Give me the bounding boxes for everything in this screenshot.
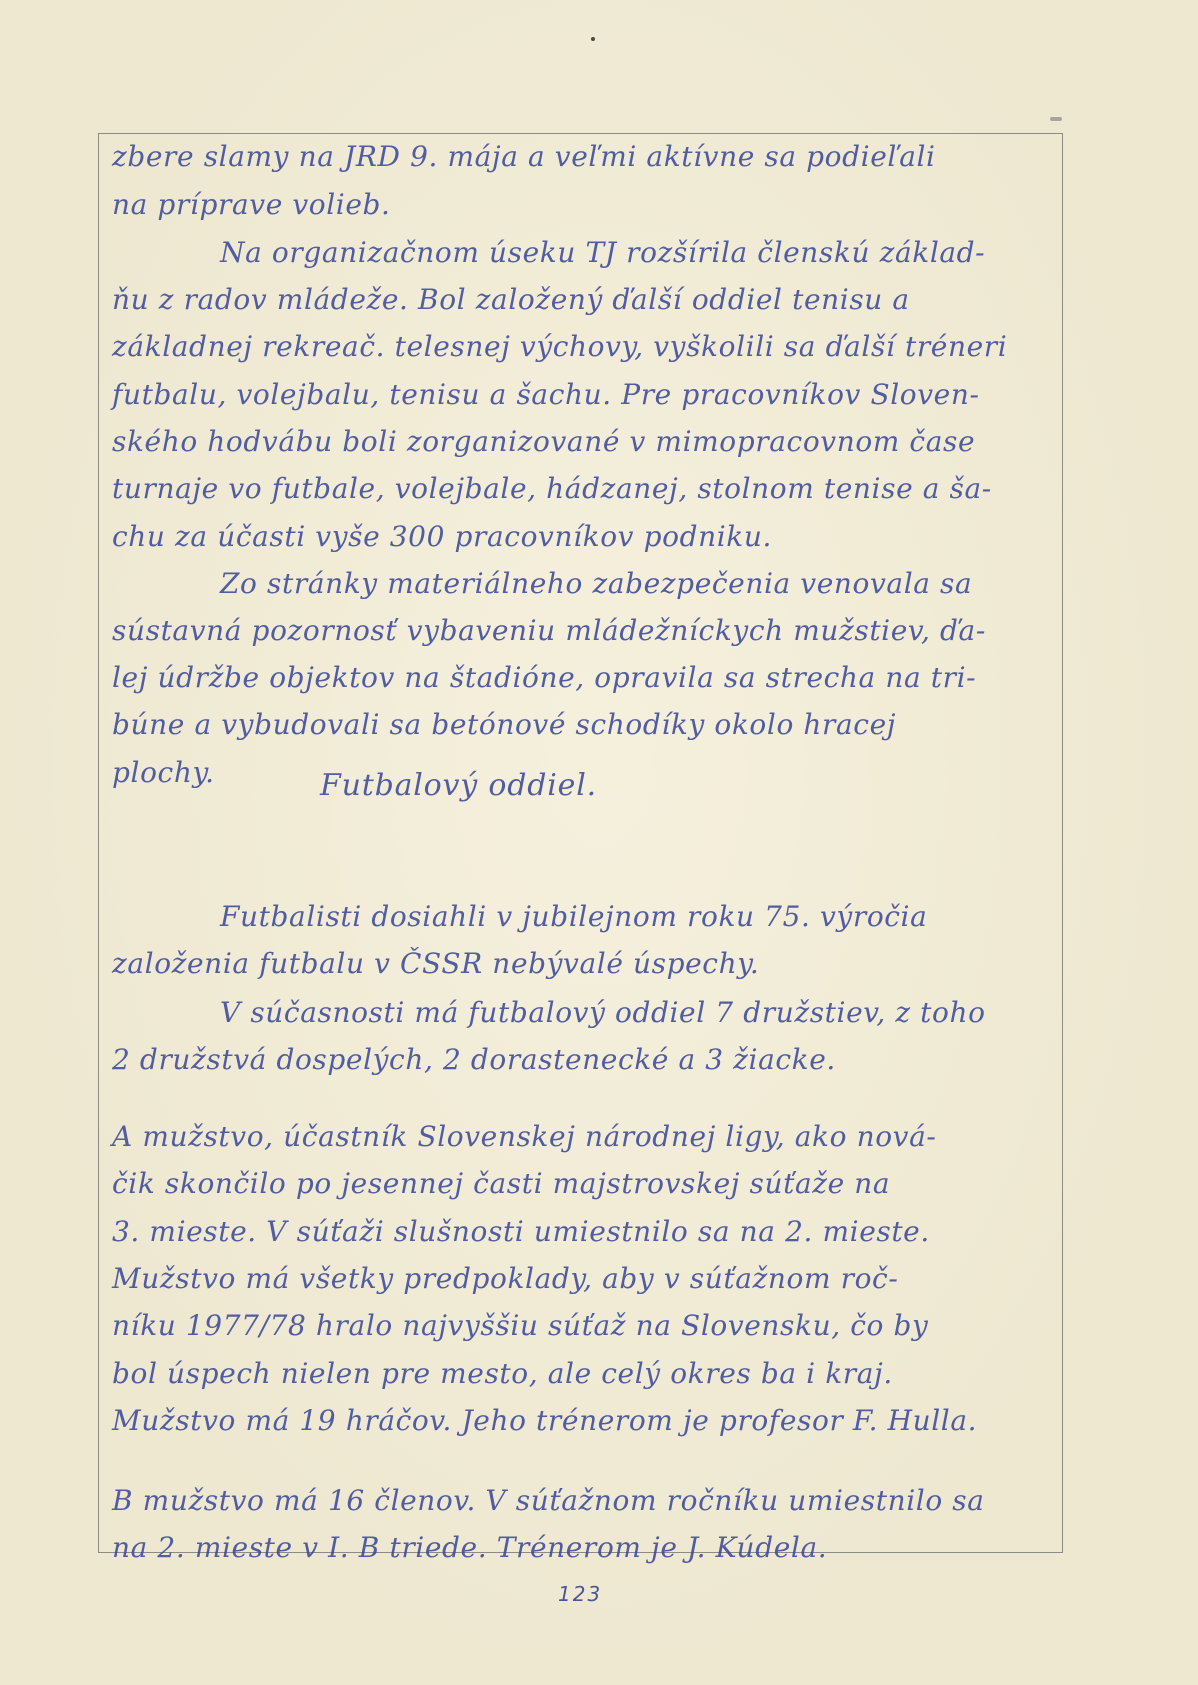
text-line: futbalu, volejbalu, tenisu a šachu. Pre …	[112, 378, 980, 411]
text-line: 3. mieste. V súťaži slušnosti umiestnilo…	[112, 1215, 930, 1248]
text-line: plochy.	[112, 756, 215, 789]
text-line: níku 1977/78 hralo najvyššiu súťaž na Sl…	[112, 1309, 928, 1342]
frame-corner-mark	[1050, 117, 1062, 121]
text-line: Mužstvo má všetky predpoklady, aby v súť…	[112, 1262, 898, 1295]
text-line: ského hodvábu boli zorganizované v mimop…	[112, 425, 975, 458]
text-line: bol úspech nielen pre mesto, ale celý ok…	[112, 1357, 893, 1390]
text-line: sústavná pozornosť vybaveniu mládežnícky…	[112, 614, 986, 647]
text-line: čik skončilo po jesennej časti majstrovs…	[112, 1167, 890, 1200]
text-line: V súčasnosti má futbalový oddiel 7 družs…	[220, 996, 986, 1029]
text-line: na príprave volieb.	[112, 188, 391, 221]
text-line: chu za účasti vyše 300 pracovníkov podni…	[112, 520, 772, 553]
text-line: lej údržbe objektov na štadióne, opravil…	[112, 661, 976, 694]
text-line: základnej rekreač. telesnej výchovy, vyš…	[112, 330, 1007, 363]
text-line: Mužstvo má 19 hráčov. Jeho trénerom je p…	[112, 1404, 977, 1437]
page-number: 123	[558, 1582, 602, 1606]
text-line: na 2. mieste v I. B triede. Trénerom je …	[112, 1531, 827, 1564]
text-line: búne a vybudovali sa betónové schodíky o…	[112, 708, 896, 741]
text-line: zbere slamy na JRD 9. mája a veľmi aktív…	[112, 140, 936, 173]
text-line: ňu z radov mládeže. Bol založený ďalší o…	[112, 283, 910, 316]
text-line: turnaje vo futbale, volejbale, hádzanej,…	[112, 472, 992, 505]
text-line: B mužstvo má 16 členov. V súťažnom roční…	[112, 1484, 985, 1517]
text-line: Na organizačnom úseku TJ rozšírila člens…	[220, 236, 985, 269]
text-line: 2 družstvá dospelých, 2 dorastenecké a 3…	[112, 1043, 836, 1076]
text-line: Zo stránky materiálneho zabezpečenia ven…	[220, 567, 972, 600]
section-heading: Futbalový oddiel.	[320, 768, 597, 803]
text-line: založenia futbalu v ČSSR nebývalé úspech…	[112, 947, 759, 980]
ink-speck	[591, 37, 595, 41]
text-line: Futbalisti dosiahli v jubilejnom roku 75…	[220, 900, 927, 933]
text-line: A mužstvo, účastník Slovenskej národnej …	[112, 1120, 936, 1153]
